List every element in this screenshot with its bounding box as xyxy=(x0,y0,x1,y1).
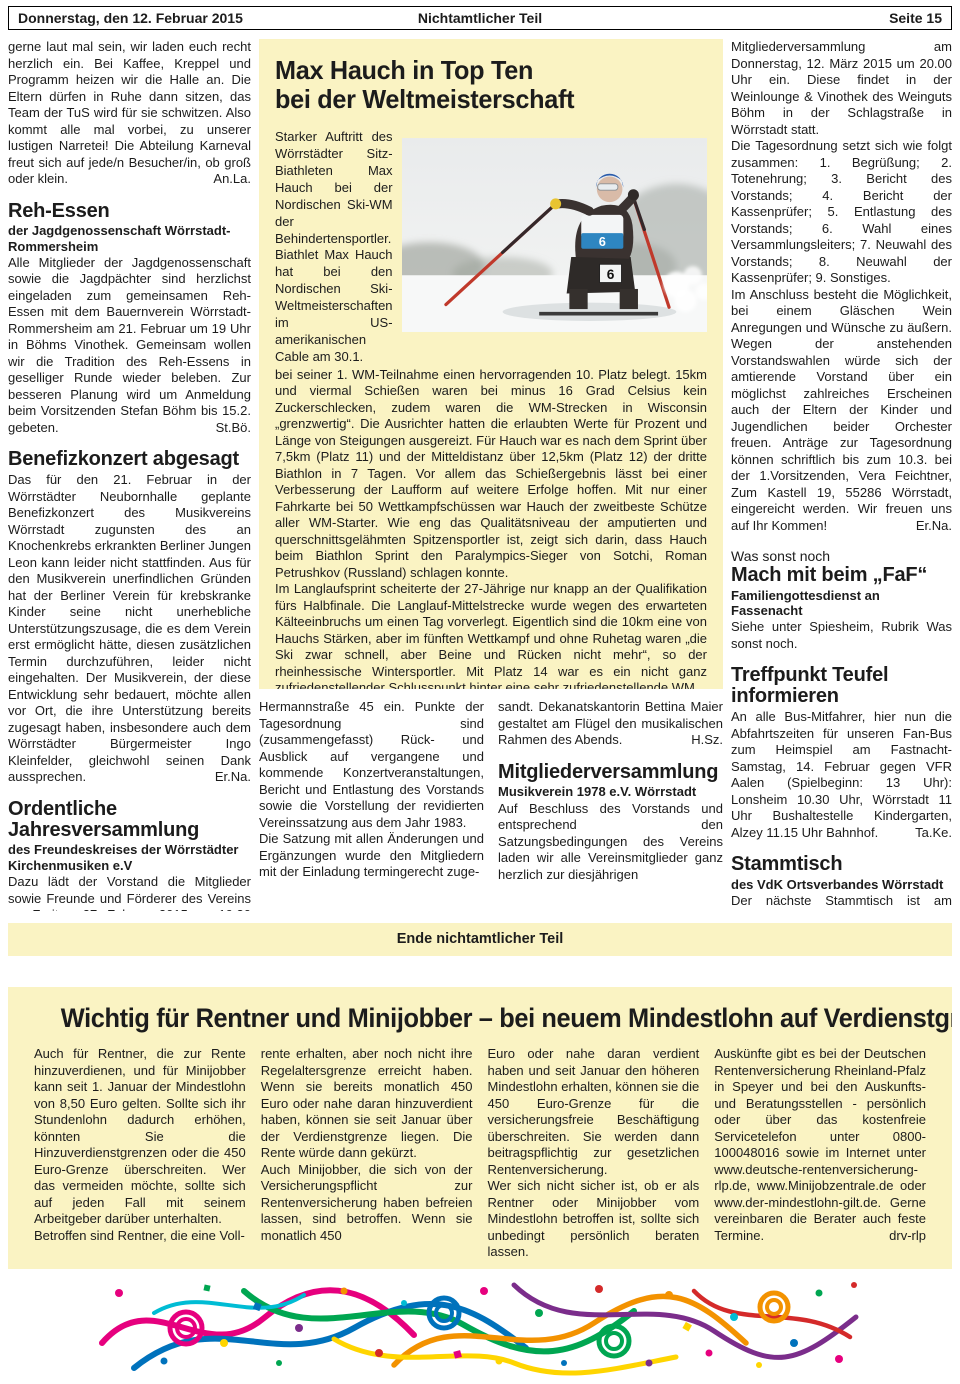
feature-paragraph: Im Langlaufsprint scheiterte der 27-Jähr… xyxy=(275,581,707,689)
confetti-strip xyxy=(0,1273,960,1377)
bottom-article: Wichtig für Rentner und Minijobber – bei… xyxy=(8,987,952,1269)
sled-number-plate: 6 xyxy=(606,267,614,282)
continuation-paragraph: Mitgliederversammlung am Donnerstag, 12.… xyxy=(731,39,952,138)
section-end-banner: Ende nichtamtlicher Teil xyxy=(8,923,952,956)
article-body: Auf Beschluss des Vorstands und entsprec… xyxy=(498,801,723,884)
rubric-kicker: Was sonst noch xyxy=(731,548,952,564)
feature-box: Max Hauch in Top Ten bei der Weltmeister… xyxy=(259,39,723,689)
bottom-column-3: Euro oder nahe daran verdient haben und … xyxy=(488,1046,700,1258)
bib-number: 6 xyxy=(598,234,605,249)
article-subheading: des Freundeskreises der Wörrstädter Kirc… xyxy=(8,842,251,873)
author-sig: St.Bö. xyxy=(208,420,251,437)
article-benefizkonzert: Benefizkonzert abgesagt Das für den 21. … xyxy=(8,449,251,785)
sub-columns: Hermannstraße 45 ein. Punkte der Tagesor… xyxy=(259,699,723,883)
article-subheading: Familiengottesdienst an Fassenacht xyxy=(731,588,952,619)
paragraph-text: Der nächste Stammtisch ist am Donnerstag… xyxy=(731,893,952,911)
article-mitgliederversammlung-musikverein: Mitgliederversammlung Musikverein 1978 e… xyxy=(498,762,723,884)
continuation-paragraph: Hermannstraße 45 ein. Punkte der Tagesor… xyxy=(259,699,484,831)
article-heading: Ordentliche Jahresversammlung xyxy=(8,799,251,841)
article-body: Auch für Rentner, die zur Rente hinzuver… xyxy=(34,1046,246,1228)
article-heading: Benefizkonzert abgesagt xyxy=(8,449,251,470)
author-sig: Ta.Ke. xyxy=(907,825,952,842)
bottom-columns: Auch für Rentner, die zur Rente hinzuver… xyxy=(34,1046,926,1258)
continuation-paragraph: Im Anschluss besteht die Möglichkeit, be… xyxy=(731,287,952,535)
article-body: An alle Bus-Mitfahrer, hier nun die Abfa… xyxy=(731,709,952,841)
article-subheading: der Jagdgenossenschaft Wörrstadt-Rommers… xyxy=(8,223,251,254)
continuation-paragraph: sandt. Dekanatskantorin Bettina Maier ge… xyxy=(498,699,723,749)
paragraph-text: Dazu lädt der Vorstand die Mitglieder so… xyxy=(8,874,251,911)
author-sig: Er.Na. xyxy=(908,518,952,535)
header-page-number: Seite 15 xyxy=(889,10,942,26)
article-jahresversammlung: Ordentliche Jahresversammlung des Freund… xyxy=(8,799,251,911)
sub-column-left: Hermannstraße 45 ein. Punkte der Tagesor… xyxy=(259,699,484,883)
paragraph-text: Alle Mitglieder der Jagdgenossenschaft s… xyxy=(8,255,251,435)
sub-column-right: sandt. Dekanatskantorin Bettina Maier ge… xyxy=(498,699,723,883)
newspaper-page: Donnerstag, den 12. Februar 2015 Nichtam… xyxy=(0,0,960,1384)
article-subheading: des VdK Ortsverbandes Wörrstadt xyxy=(731,877,952,892)
feature-lead-and-photo: Starker Auftritt des Wörrstädter Sitz-Bi… xyxy=(275,129,707,365)
article-heading: Mitgliederversammlung xyxy=(498,762,723,783)
bottom-column-1: Auch für Rentner, die zur Rente hinzuver… xyxy=(34,1046,246,1258)
continuation-paragraph: gerne laut mal sein, wir laden euch rech… xyxy=(8,39,251,188)
article-body: Euro oder nahe daran verdient haben und … xyxy=(488,1046,700,1178)
feature-lead: Starker Auftritt des Wörrstädter Sitz-Bi… xyxy=(275,129,393,365)
article-body: Dazu lädt der Vorstand die Mitglieder so… xyxy=(8,874,251,911)
bottom-column-4: Auskünfte gibt es bei der Deutschen Rent… xyxy=(714,1046,926,1258)
article-body: Auskünfte gibt es bei der Deutschen Rent… xyxy=(714,1046,926,1244)
feature-paragraph: bei seiner 1. WM-Teilnahme einen hervorr… xyxy=(275,367,707,582)
page-header: Donnerstag, den 12. Februar 2015 Nichtam… xyxy=(8,6,952,30)
article-body: Wer sich nicht sicher ist, ob er als Ren… xyxy=(488,1178,700,1258)
article-faf: Mach mit beim „FaF“ Familiengottesdienst… xyxy=(731,565,952,652)
article-body: rente erhalten, aber noch nicht ihre Reg… xyxy=(261,1046,473,1162)
feature-title-line1: Max Hauch in Top Ten xyxy=(275,56,694,85)
feature-title-line2: bei der Weltmeisterschaft xyxy=(275,85,694,114)
author-sig: An.La. xyxy=(205,171,251,188)
paragraph-text: Im Anschluss besteht die Möglichkeit, be… xyxy=(731,287,952,533)
section-end-label: Ende nichtamtlicher Teil xyxy=(397,931,564,947)
middle-column: Max Hauch in Top Ten bei der Weltmeister… xyxy=(259,39,723,911)
article-subheading: Musikverein 1978 e.V. Wörrstadt xyxy=(498,784,723,799)
article-body: Alle Mitglieder der Jagdgenossenschaft s… xyxy=(8,255,251,437)
paragraph-text: gerne laut mal sein, wir laden euch rech… xyxy=(8,39,251,186)
athlete-photo: 6 6 xyxy=(402,129,707,341)
continuation-paragraph: Die Tagesordnung setzt sich wie folgt zu… xyxy=(731,138,952,287)
article-reh-essen: Reh-Essen der Jagdgenossenschaft Wörrsta… xyxy=(8,201,251,437)
article-heading: Mach mit beim „FaF“ xyxy=(731,565,952,586)
article-heading: Treffpunkt Teufel informieren xyxy=(731,665,952,707)
article-treffpunkt-teufel: Treffpunkt Teufel informieren An alle Bu… xyxy=(731,665,952,841)
paragraph-text: Das für den 21. Februar in der Wörrstädt… xyxy=(8,472,251,784)
left-column: gerne laut mal sein, wir laden euch rech… xyxy=(8,39,251,911)
author-sig: H.Sz. xyxy=(683,732,723,749)
article-stammtisch: Stammtisch des VdK Ortsverbandes Wörrsta… xyxy=(731,854,952,911)
bottom-headline: Wichtig für Rentner und Minijobber – bei… xyxy=(61,1003,899,1034)
main-columns: gerne laut mal sein, wir laden euch rech… xyxy=(8,39,952,911)
article-heading: Stammtisch xyxy=(731,854,952,875)
paragraph-text: Auskünfte gibt es bei der Deutschen Rent… xyxy=(714,1046,926,1243)
article-body: Siehe unter Spiesheim, Rubrik Was sonst … xyxy=(731,619,952,652)
article-body: Der nächste Stammtisch ist am Donnerstag… xyxy=(731,893,952,911)
author-sig: Er.Na. xyxy=(207,769,251,786)
article-body: Betroffen sind Rentner, die eine Voll- xyxy=(34,1228,246,1245)
article-body: Auch Minijobber, die sich von der Versic… xyxy=(261,1162,473,1245)
paragraph-text: An alle Bus-Mitfahrer, hier nun die Abfa… xyxy=(731,709,952,840)
confetti-image xyxy=(94,1273,866,1377)
article-body: Das für den 21. Februar in der Wörrstädt… xyxy=(8,472,251,786)
bottom-column-2: rente erhalten, aber noch nicht ihre Reg… xyxy=(261,1046,473,1258)
continuation-paragraph: Die Satzung mit allen Änderungen und Erg… xyxy=(259,831,484,881)
feature-title: Max Hauch in Top Ten bei der Weltmeister… xyxy=(275,56,694,113)
right-column: Mitgliederversammlung am Donnerstag, 12.… xyxy=(731,39,952,911)
header-section-title: Nichtamtlicher Teil xyxy=(418,10,542,26)
article-heading: Reh-Essen xyxy=(8,201,251,222)
header-date: Donnerstag, den 12. Februar 2015 xyxy=(18,10,243,26)
author-sig: drv-rlp xyxy=(881,1228,926,1245)
